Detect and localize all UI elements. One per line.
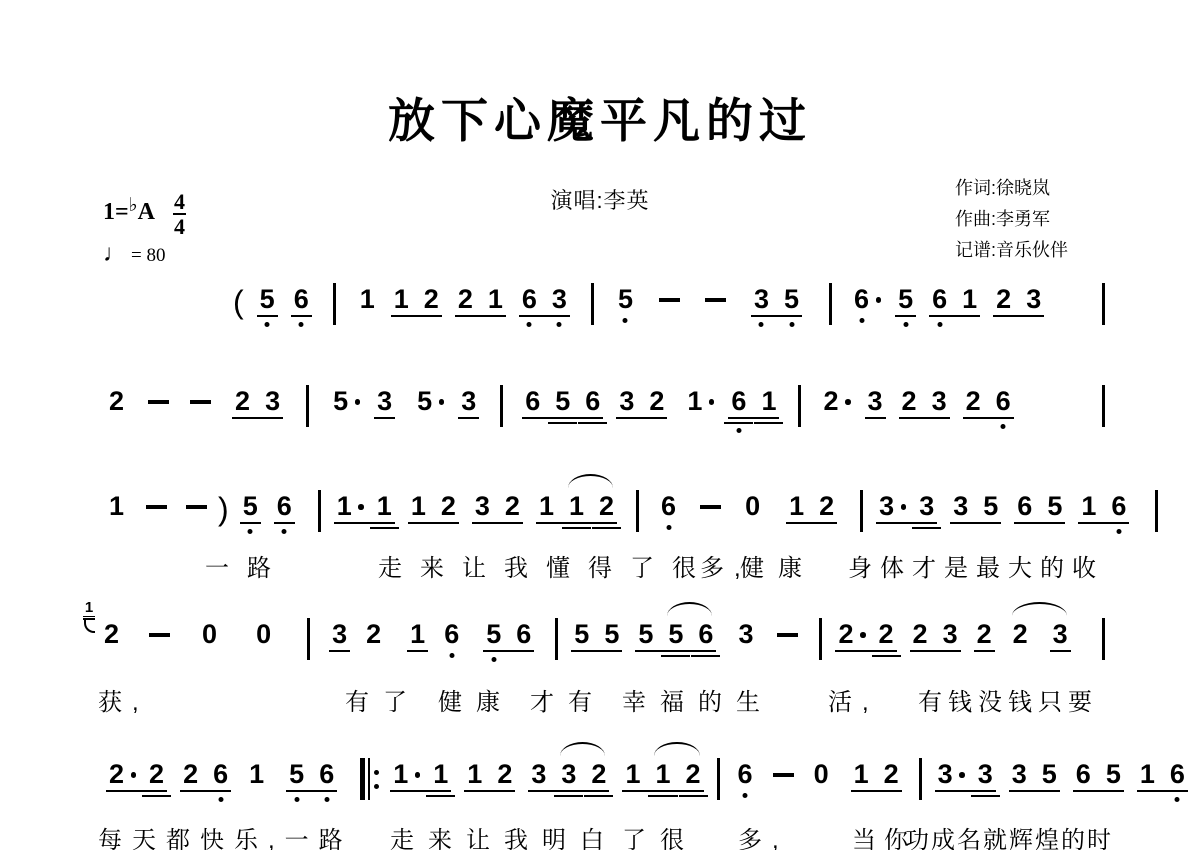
- note-number: 1: [1081, 491, 1096, 521]
- note: 1: [391, 283, 412, 315]
- barline: [919, 758, 922, 800]
- note: 1: [485, 283, 506, 315]
- note: 5: [552, 385, 573, 417]
- note: 1: [851, 758, 872, 790]
- note: 3: [262, 385, 283, 417]
- note-number: 5: [1106, 759, 1121, 789]
- sixteenth-beam: [562, 527, 591, 530]
- note: 2: [596, 490, 617, 522]
- note: 5: [1044, 490, 1065, 522]
- lyric-segment: 才有: [530, 682, 606, 717]
- lyric-line-3: 每天都快乐,一路走来让我明白了很多,当你功成名就辉煌的时: [0, 820, 1200, 850]
- low-octave-dot: [1001, 424, 1006, 429]
- sixteenth-beam: [426, 795, 455, 798]
- note-number: 2: [1013, 619, 1028, 649]
- note: 0: [742, 490, 763, 522]
- sixteenth-beam: [971, 795, 1000, 798]
- augmentation-dot: [860, 632, 866, 638]
- duration-dash: [705, 298, 726, 302]
- duration-dash: [659, 298, 680, 302]
- note-number: 6: [731, 386, 746, 416]
- note: 1: [374, 490, 395, 522]
- note-number: 6: [1017, 491, 1032, 521]
- note-number: 1: [411, 491, 426, 521]
- note: 2: [820, 385, 841, 417]
- flat-sign-icon: ♭: [129, 195, 138, 216]
- note-number: 3: [1053, 619, 1068, 649]
- note: 0: [253, 618, 274, 650]
- note: 3: [975, 758, 996, 790]
- note-number: 5: [260, 284, 275, 314]
- barline: [860, 490, 863, 532]
- note-number: 3: [932, 386, 947, 416]
- note: 3: [876, 490, 897, 522]
- beamed-group: 55: [571, 618, 622, 652]
- note-number: 5: [417, 386, 432, 416]
- sixteenth-beam: [584, 795, 613, 798]
- note-number: 6: [444, 619, 459, 649]
- beamed-group: 332: [528, 758, 609, 792]
- beamed-group: 35: [751, 283, 802, 317]
- lyric-segment: 健康: [740, 548, 816, 583]
- note-number: 3: [919, 491, 934, 521]
- note: 1: [758, 385, 779, 417]
- low-octave-dot: [759, 322, 764, 327]
- beamed-group: 22: [835, 618, 896, 652]
- note-number: 2: [913, 619, 928, 649]
- beamed-group: 12: [408, 490, 459, 524]
- note-number: 3: [868, 386, 883, 416]
- note: 3: [1050, 618, 1071, 652]
- note: 2: [683, 758, 704, 790]
- note: 5: [781, 283, 802, 315]
- barline: [555, 618, 558, 660]
- note-number: 5: [289, 759, 304, 789]
- note: 5: [615, 283, 636, 315]
- barline: [636, 490, 639, 532]
- note: 1: [536, 490, 557, 522]
- note-number: 2: [838, 619, 853, 649]
- note: 2: [881, 758, 902, 790]
- note-number: 1: [761, 386, 776, 416]
- note-number: 6: [585, 386, 600, 416]
- note: 0: [811, 758, 832, 790]
- beamed-group: 35: [1009, 758, 1060, 792]
- slur-arc: [667, 602, 712, 616]
- note: 6: [851, 283, 872, 315]
- beamed-group: 22: [106, 758, 167, 792]
- beamed-group: 16: [1078, 490, 1129, 524]
- sixteenth-beam: [724, 422, 753, 425]
- sixteenth-beam: [370, 527, 399, 530]
- sixteenth-beam: [679, 795, 708, 798]
- note: 3: [458, 385, 479, 419]
- sixteenth-beam: [648, 795, 677, 798]
- low-octave-dot: [248, 529, 253, 534]
- beamed-group: 12: [786, 490, 837, 524]
- credit-lyricist: 作词:徐晓岚: [955, 173, 1068, 204]
- key-text: 1=♭A: [103, 199, 155, 226]
- note-number: 5: [243, 491, 258, 521]
- note: 1: [390, 758, 411, 790]
- tempo-marking: ♩= 80: [103, 241, 165, 268]
- beamed-group: 23: [910, 618, 961, 652]
- note-number: 3: [619, 386, 634, 416]
- note: 2: [106, 758, 127, 790]
- beamed-group: 61: [929, 283, 980, 317]
- sixteenth-beam: [872, 655, 901, 658]
- beamed-group: 56: [286, 758, 337, 792]
- sixteenth-beam: [548, 422, 577, 425]
- note-number: 2: [366, 619, 381, 649]
- low-octave-dot: [789, 322, 794, 327]
- note: 6: [291, 283, 312, 317]
- note-number: 3: [943, 619, 958, 649]
- note: 5: [1103, 758, 1124, 790]
- note: 1: [566, 490, 587, 522]
- duration-dash: [190, 400, 211, 404]
- note: 2: [816, 490, 837, 522]
- quarter-note-icon: ♩: [103, 241, 127, 267]
- note-number: 1: [625, 759, 640, 789]
- note-number: 6: [661, 491, 676, 521]
- note-number: 6: [294, 284, 309, 314]
- note-number: 6: [213, 759, 228, 789]
- note-number: 3: [265, 386, 280, 416]
- note-number: 3: [475, 491, 490, 521]
- note: 1: [684, 385, 705, 417]
- note-number: 6: [738, 759, 753, 789]
- barline: [1102, 283, 1105, 325]
- low-octave-dot: [736, 428, 741, 433]
- note-number: 1: [1140, 759, 1155, 789]
- note: 3: [916, 490, 937, 522]
- lyric-segment: 获,: [98, 682, 149, 717]
- barline: [333, 283, 336, 325]
- note: 2: [146, 758, 167, 790]
- lyric-segment: 走来让我懂得了很: [378, 548, 714, 583]
- note: 3: [374, 385, 395, 419]
- sixteenth-beam: [754, 422, 783, 425]
- note-number: 2: [104, 619, 119, 649]
- note-number: 2: [149, 759, 164, 789]
- beamed-group: 23: [993, 283, 1044, 317]
- low-octave-dot: [903, 322, 908, 327]
- meter-denominator: 4: [174, 215, 185, 238]
- note: 3: [1023, 283, 1044, 315]
- note: 3: [1009, 758, 1030, 790]
- note: 6: [735, 758, 756, 790]
- note-number: 1: [410, 619, 425, 649]
- note: 3: [558, 758, 579, 790]
- note-number: 2: [819, 491, 834, 521]
- note-number: 6: [1076, 759, 1091, 789]
- note: 1: [430, 758, 451, 790]
- credit-notator: 记谱:音乐伙伴: [955, 235, 1068, 266]
- note: 5: [665, 618, 686, 650]
- low-octave-dot: [859, 318, 864, 323]
- note: 3: [528, 758, 549, 790]
- note-number: 6: [932, 284, 947, 314]
- notation-line-3: 1)56111232112601233356516: [106, 490, 1105, 536]
- barline: [500, 385, 503, 427]
- duration-dash: [149, 633, 170, 637]
- note: 6: [658, 490, 679, 522]
- beamed-group: 112: [622, 758, 703, 792]
- credit-composer: 作曲:李勇军: [955, 204, 1068, 235]
- note: 3: [929, 385, 950, 417]
- note-number: 3: [561, 759, 576, 789]
- note-number: 2: [591, 759, 606, 789]
- note: 6: [441, 618, 462, 650]
- note: 6: [582, 385, 603, 417]
- note: 6: [695, 618, 716, 650]
- note: 2: [899, 385, 920, 417]
- duration-dash: [700, 505, 721, 509]
- beamed-group: 11: [390, 758, 451, 792]
- note-number: 5: [555, 386, 570, 416]
- note-number: 5: [668, 619, 683, 649]
- beamed-group: 65: [1014, 490, 1065, 524]
- beamed-group: 35: [950, 490, 1001, 524]
- beamed-group: 16: [1137, 758, 1188, 792]
- note-number: 1: [854, 759, 869, 789]
- barline: [318, 490, 321, 532]
- note-number: 0: [745, 491, 760, 521]
- note-number: 3: [978, 759, 993, 789]
- beamed-group: 26: [963, 385, 1014, 419]
- barline: [819, 618, 822, 660]
- lyric-segment: 每天都快乐,一路: [98, 820, 353, 850]
- note: 1: [786, 490, 807, 522]
- note: 2: [232, 385, 253, 417]
- note: 2: [455, 283, 476, 315]
- note-number: 1: [467, 759, 482, 789]
- augmentation-dot: [358, 504, 364, 510]
- repeat-begin-sign: [360, 758, 379, 800]
- slur-arc: [560, 742, 605, 756]
- beamed-group: 12: [391, 283, 442, 317]
- note: 1: [1078, 490, 1099, 522]
- note: 1: [408, 490, 429, 522]
- note-number: 5: [333, 386, 348, 416]
- note-number: 2: [441, 491, 456, 521]
- song-title: 放下心魔平凡的过: [0, 84, 1200, 151]
- augmentation-dot: [439, 399, 445, 405]
- note-number: 1: [377, 491, 392, 521]
- note: 0: [199, 618, 220, 650]
- note: 5: [257, 283, 278, 317]
- beamed-group: 12: [851, 758, 902, 792]
- note-number: 2: [183, 759, 198, 789]
- note: 3: [549, 283, 570, 315]
- slur-arc: [1012, 602, 1067, 616]
- low-octave-dot: [491, 657, 496, 662]
- lyric-line-1: 一路走来让我懂得了很多,健康身体才是最大的收: [0, 548, 1200, 578]
- augmentation-dot: [415, 772, 421, 778]
- note-number: 6: [854, 284, 869, 314]
- note: 5: [601, 618, 622, 650]
- note: 2: [993, 283, 1014, 315]
- note-number: 0: [202, 619, 217, 649]
- low-octave-dot: [449, 653, 454, 658]
- lyric-segment: 一路: [205, 548, 289, 583]
- note: 5: [240, 490, 261, 524]
- note-number: 3: [879, 491, 894, 521]
- beamed-group: 21: [455, 283, 506, 317]
- note-number: 2: [977, 619, 992, 649]
- grace-note: 1: [80, 600, 98, 617]
- time-signature: 4 4: [173, 190, 186, 238]
- note: 2: [646, 385, 667, 417]
- note-number: 5: [574, 619, 589, 649]
- note-number: 6: [319, 759, 334, 789]
- low-octave-dot: [1116, 529, 1121, 534]
- note: 3: [935, 758, 956, 790]
- note-number: 1: [687, 386, 702, 416]
- note: 5: [414, 385, 435, 417]
- note-number: 3: [332, 619, 347, 649]
- note: 3: [616, 385, 637, 417]
- note: 6: [1073, 758, 1094, 790]
- note-number: 6: [996, 386, 1011, 416]
- note-number: 1: [433, 759, 448, 789]
- note-number: 5: [618, 284, 633, 314]
- note: 1: [106, 490, 127, 522]
- note: 3: [865, 385, 886, 419]
- note-number: 2: [424, 284, 439, 314]
- duration-dash: [148, 400, 169, 404]
- note-number: 6: [1111, 491, 1126, 521]
- note-number: 1: [109, 491, 124, 521]
- note-number: 5: [983, 491, 998, 521]
- note-number: 1: [394, 284, 409, 314]
- note: 2: [835, 618, 856, 650]
- note: 2: [1010, 618, 1031, 650]
- note-number: 5: [784, 284, 799, 314]
- note-number: 1: [393, 759, 408, 789]
- note-number: 3: [461, 386, 476, 416]
- beamed-group: 656: [522, 385, 603, 419]
- note: 5: [330, 385, 351, 417]
- beamed-group: 26: [180, 758, 231, 792]
- note: 6: [1108, 490, 1129, 522]
- note: 1: [959, 283, 980, 315]
- parenthesis: ): [218, 490, 229, 528]
- note-number: 2: [686, 759, 701, 789]
- note-number: 2: [109, 386, 124, 416]
- duration-dash: [773, 773, 794, 777]
- note: 3: [950, 490, 971, 522]
- notation-line-1: (561122163535656123: [233, 283, 1105, 329]
- credits-block: 作词:徐晓岚 作曲:李勇军 记谱:音乐伙伴: [955, 173, 1068, 266]
- lyric-segment: 健康: [438, 682, 514, 717]
- note-number: 2: [649, 386, 664, 416]
- note-number: 5: [1042, 759, 1057, 789]
- note-number: 3: [552, 284, 567, 314]
- barline: [1102, 385, 1105, 427]
- note-number: 3: [1026, 284, 1041, 314]
- beamed-group: 61: [728, 385, 779, 419]
- note: 3: [735, 618, 756, 650]
- note-number: 1: [655, 759, 670, 789]
- augmentation-dot: [959, 772, 965, 778]
- note: 1: [334, 490, 355, 522]
- note-number: 2: [599, 491, 614, 521]
- duration-dash: [186, 505, 207, 509]
- note-number: 6: [698, 619, 713, 649]
- note-number: 1: [337, 491, 352, 521]
- note: 5: [635, 618, 656, 650]
- sixteenth-beam: [912, 527, 941, 530]
- note-number: 5: [604, 619, 619, 649]
- low-octave-dot: [623, 318, 628, 323]
- low-octave-dot: [527, 322, 532, 327]
- note: 5: [571, 618, 592, 650]
- beamed-group: 65: [1073, 758, 1124, 792]
- note: 2: [588, 758, 609, 790]
- grace-hook-icon: [84, 620, 95, 633]
- note-number: 2: [497, 759, 512, 789]
- notation-line-2: 223535365632161232326: [106, 385, 1105, 431]
- note: 2: [876, 618, 897, 650]
- augmentation-dot: [131, 772, 137, 778]
- augmentation-dot: [876, 297, 882, 303]
- note-number: 3: [953, 491, 968, 521]
- note: 21: [101, 618, 122, 650]
- lyric-segment: 走来让我明白: [390, 820, 618, 850]
- beamed-group: 32: [616, 385, 667, 419]
- note-number: 2: [902, 386, 917, 416]
- low-octave-dot: [557, 322, 562, 327]
- note: 6: [1167, 758, 1188, 790]
- low-octave-dot: [218, 797, 223, 802]
- beamed-group: 56: [483, 618, 534, 652]
- note: 2: [438, 490, 459, 522]
- note: 5: [895, 283, 916, 317]
- note: 6: [929, 283, 950, 315]
- note: 6: [519, 283, 540, 315]
- beamed-group: 556: [635, 618, 716, 652]
- note-number: 1: [789, 491, 804, 521]
- sixteenth-beam: [578, 422, 607, 425]
- note: 2: [963, 385, 984, 417]
- barline: [306, 385, 309, 427]
- note-number: 5: [1047, 491, 1062, 521]
- barline: [1155, 490, 1158, 532]
- note: 1: [622, 758, 643, 790]
- note-number: 3: [754, 284, 769, 314]
- note-number: 2: [879, 619, 894, 649]
- note-number: 3: [938, 759, 953, 789]
- note: 6: [513, 618, 534, 650]
- notation-line-4: 21003216565555632223223: [101, 618, 1105, 664]
- lyric-segment: 有钱没钱只要: [918, 682, 1098, 717]
- barline: [1102, 618, 1105, 660]
- low-octave-dot: [743, 793, 748, 798]
- note: 1: [357, 283, 378, 315]
- note-number: 2: [109, 759, 124, 789]
- tempo-value: = 80: [131, 245, 165, 266]
- note: 2: [180, 758, 201, 790]
- note: 6: [993, 385, 1014, 417]
- note: 2: [421, 283, 442, 315]
- note-number: 2: [966, 386, 981, 416]
- note: 6: [728, 385, 749, 417]
- note-number: 1: [360, 284, 375, 314]
- barline: [307, 618, 310, 660]
- lyric-line-2: 获,有了健康才有幸福的生活,有钱没钱只要: [0, 682, 1200, 712]
